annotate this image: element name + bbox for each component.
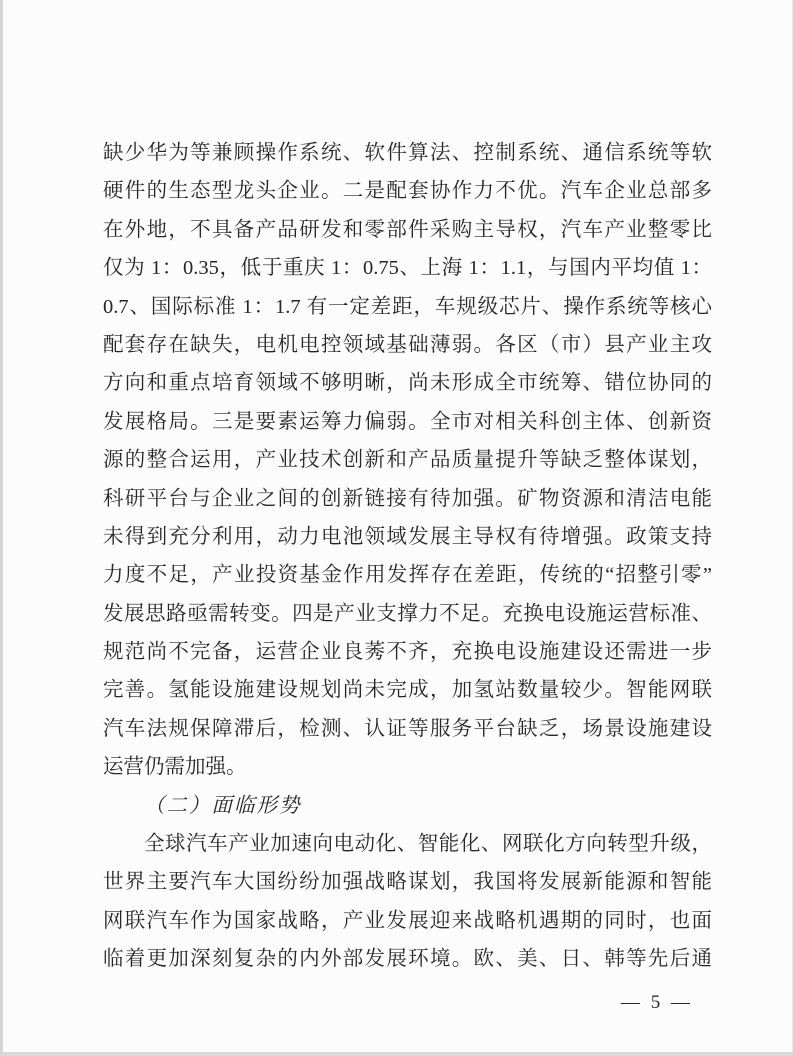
body-line: 全球汽车产业加速向电动化、智能化、网联化方向转型升级， [103, 825, 712, 863]
body-line: 配套存在缺失，电机电控领域基础薄弱。各区（市）县产业主攻 [103, 326, 712, 364]
body-line: 完善。氢能设施建设规划尚未完成，加氢站数量较少。智能网联 [103, 671, 712, 709]
body-line: 汽车法规保障滞后，检测、认证等服务平台缺乏，场景设施建设 [103, 710, 712, 748]
body-line: 力度不足，产业投资基金作用发挥存在差距，传统的“招整引零” [103, 556, 712, 594]
body-line: 硬件的生态型龙头企业。二是配套协作力不优。汽车企业总部多 [103, 172, 712, 210]
body-line: 在外地，不具备产品研发和零部件采购主导权，汽车产业整零比 [103, 211, 712, 249]
body-line: 运营仍需加强。 [103, 748, 712, 786]
page-number: — 5 — [621, 992, 693, 1014]
body-line: 源的整合运用，产业技术创新和产品质量提升等缺乏整体谋划， [103, 441, 712, 479]
body-line: 仅为 1：0.35，低于重庆 1：0.75、上海 1：1.1，与国内平均值 1： [103, 249, 712, 287]
section-heading: （二）面临形势 [103, 787, 712, 825]
body-line: 规范尚不完备，运营企业良莠不齐，充换电设施建设还需进一步 [103, 633, 712, 671]
page-canvas: 缺少华为等兼顾操作系统、软件算法、控制系统、通信系统等软 硬件的生态型龙头企业。… [0, 0, 793, 1056]
body-line: 世界主要汽车大国纷纷加强战略谋划，我国将发展新能源和智能 [103, 863, 712, 901]
document-page: { "page": { "background": "#fcfcfc", "te… [0, 0, 793, 1056]
body-line: 方向和重点培育领域不够明晰，尚未形成全市统筹、错位协同的 [103, 364, 712, 402]
body-line: 0.7、国际标准 1：1.7 有一定差距，车规级芯片、操作系统等核心 [103, 288, 712, 326]
text-block: 缺少华为等兼顾操作系统、软件算法、控制系统、通信系统等软 硬件的生态型龙头企业。… [103, 134, 712, 979]
body-line: 网联汽车作为国家战略，产业发展迎来战略机遇期的同时，也面 [103, 902, 712, 940]
body-line: 缺少华为等兼顾操作系统、软件算法、控制系统、通信系统等软 [103, 134, 712, 172]
body-line: 临着更加深刻复杂的内外部发展环境。欧、美、日、韩等先后通 [103, 940, 712, 978]
body-line: 未得到充分利用，动力电池领域发展主导权有待增强。政策支持 [103, 518, 712, 556]
body-line: 科研平台与企业之间的创新链接有待加强。矿物资源和清洁电能 [103, 480, 712, 518]
body-line: 发展格局。三是要素运筹力偏弱。全市对相关科创主体、创新资 [103, 403, 712, 441]
body-line: 发展思路亟需转变。四是产业支撑力不足。充换电设施运营标准、 [103, 595, 712, 633]
